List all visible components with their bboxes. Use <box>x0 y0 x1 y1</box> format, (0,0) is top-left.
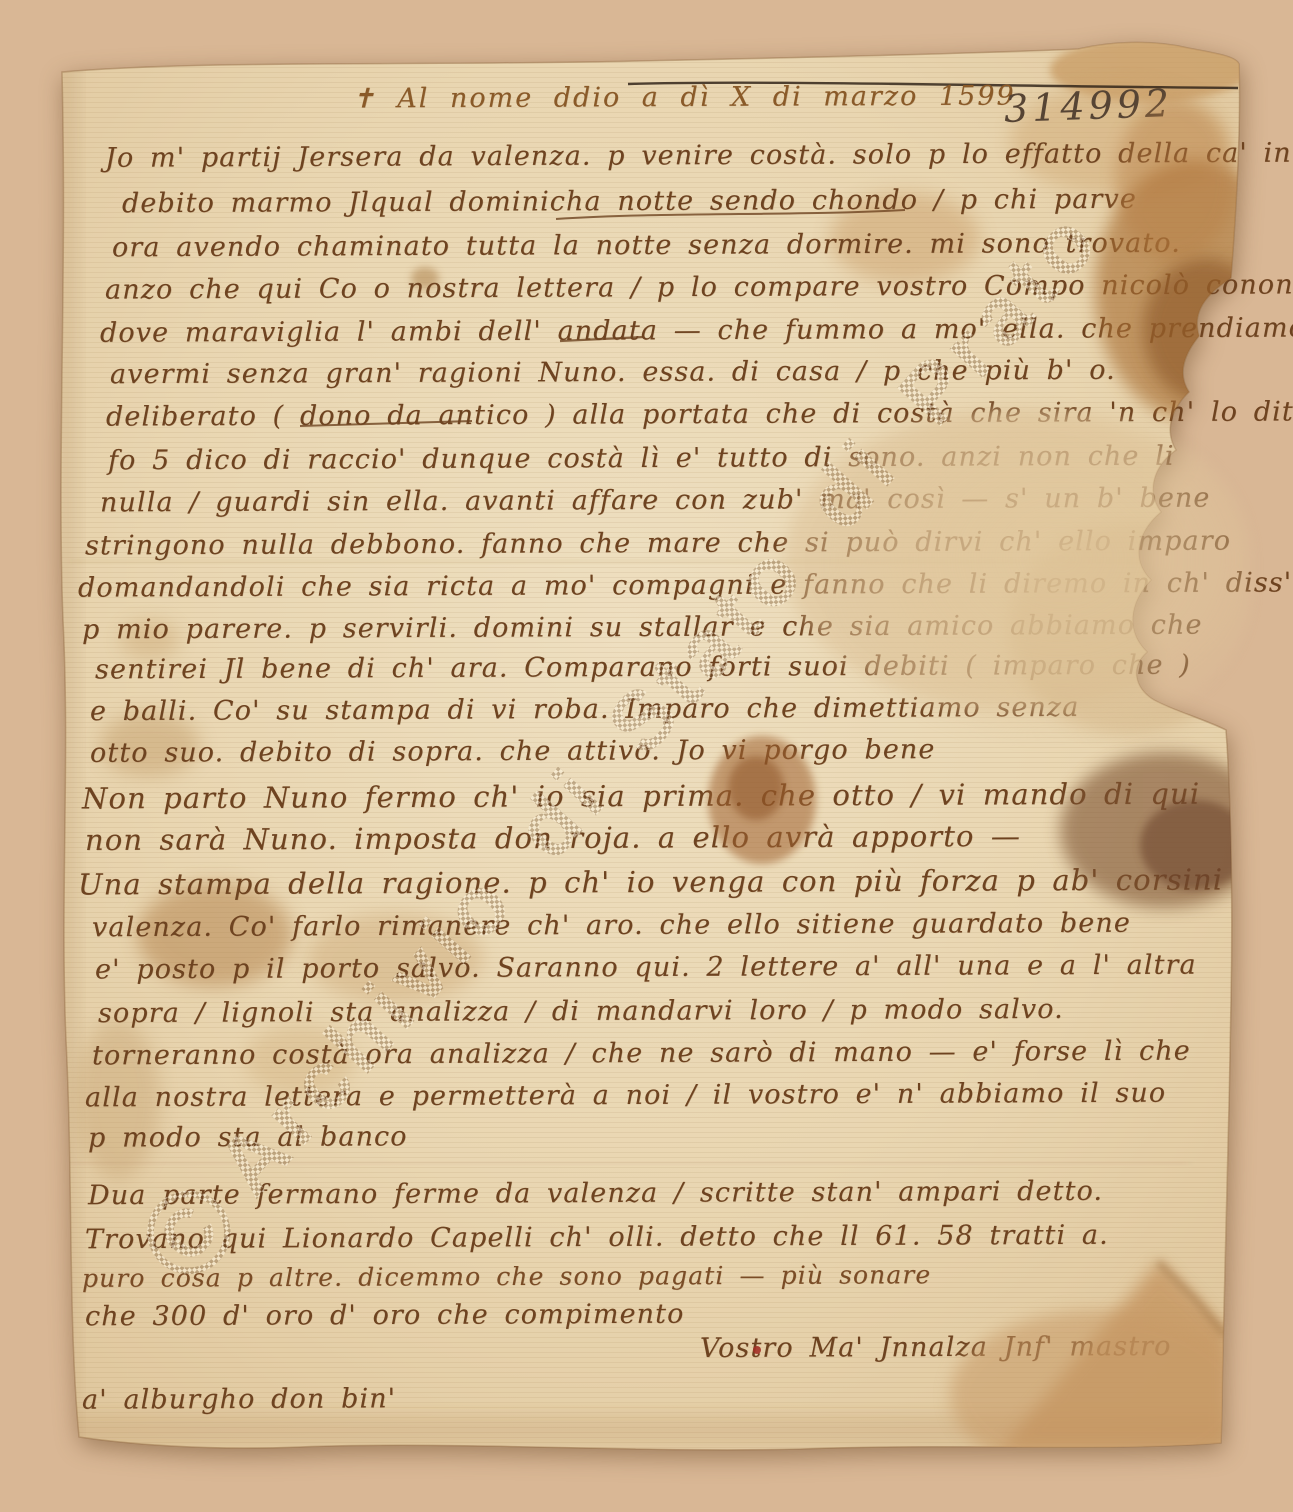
letter-line: debito marmo Jlqual dominicha notte send… <box>122 184 1137 219</box>
manuscript-scan: ✝ Al nome ddio a dì X di marzo 1599 3149… <box>0 0 1293 1512</box>
letter-line: e' posto p il porto salvo. Saranno qui. … <box>95 950 1197 986</box>
letter-line: Una stampa della ragione. p ch' io venga… <box>78 863 1223 902</box>
letter-line: che 300 d' oro d' oro che compimento <box>85 1299 685 1333</box>
letter-line: valenza. Co' farlo rimanere ch' aro. che… <box>92 908 1131 944</box>
letter-heading: ✝ Al nome ddio a dì X di marzo 1599 <box>352 81 1016 115</box>
letter-line: dove maraviglia l' ambi dell' andata — c… <box>100 312 1293 349</box>
letter-line: sopra / lignoli sta analizza / di mandar… <box>98 994 1064 1029</box>
postscript-line: a' alburgho don bin' <box>82 1383 396 1415</box>
signature-line: Vostro Ma' Jnnalza Jnf' mastro <box>700 1331 1172 1364</box>
